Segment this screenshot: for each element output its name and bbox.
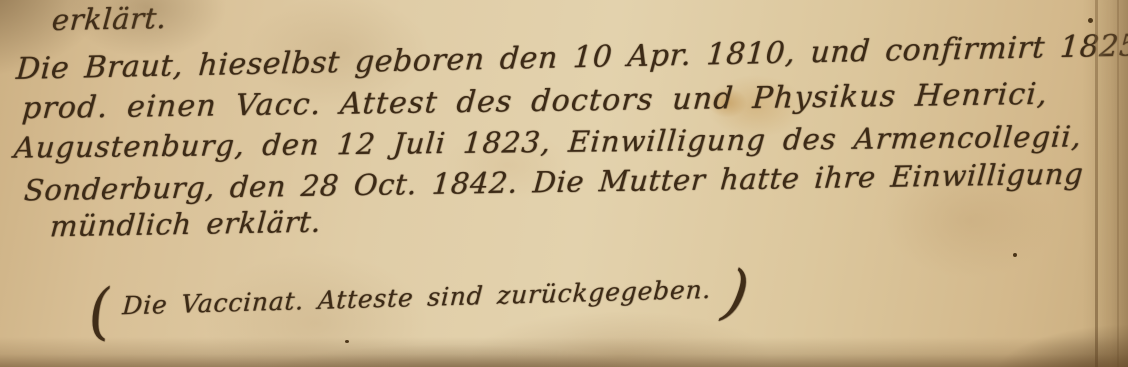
manuscript-page: erklärt. Die Braut, hieselbst geboren de… (0, 0, 1128, 367)
handwritten-line-1: erklärt. (51, 1, 168, 37)
open-parenthesis: ( (88, 310, 112, 314)
handwritten-line-3: prod. einen Vacc. Attest des doctors und… (21, 77, 1049, 126)
handwritten-line-5: Sonderburg, den 28 Oct. 1842. Die Mutter… (23, 157, 1085, 208)
handwritten-marginal-note: ( Die Vaccinat. Atteste sind zurückgegeb… (87, 274, 750, 322)
close-parenthesis: ) (725, 291, 749, 293)
note-text: Die Vaccinat. Atteste sind zurückgegeben… (121, 275, 712, 321)
handwritten-line-6: mündlich erklärt. (49, 205, 323, 244)
ink-speck (1088, 18, 1093, 23)
ink-speck (1013, 253, 1017, 257)
ink-speck (345, 340, 349, 343)
handwritten-line-4: Augustenburg, den 12 Juli 1823, Einwilli… (13, 119, 1083, 164)
